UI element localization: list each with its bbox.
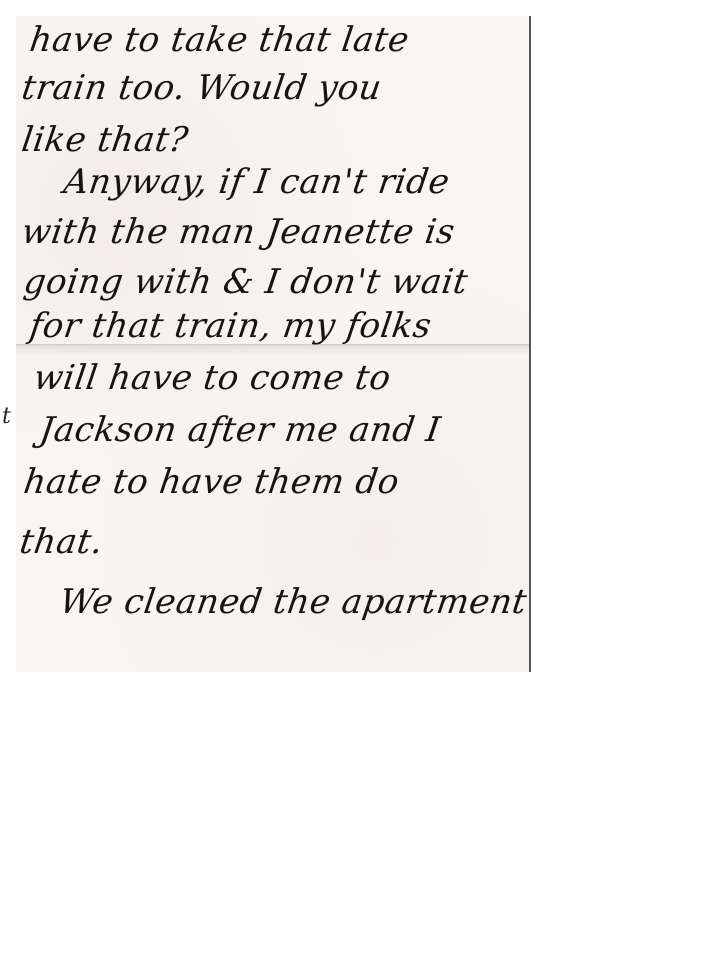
handwritten-line: Jackson after me and I — [37, 410, 443, 450]
handwritten-line: going with & I don't wait — [21, 262, 470, 302]
handwritten-line: train too. Would you — [19, 68, 384, 108]
letter-page: have to take that late train too. Would … — [16, 16, 531, 672]
handwritten-line: hate to have them do — [21, 462, 402, 502]
handwritten-line: like that? — [19, 120, 191, 160]
handwritten-line: We cleaned the apartment — [57, 582, 529, 622]
handwritten-line: that. — [17, 522, 105, 562]
handwritten-line: have to take that late — [27, 20, 412, 60]
fold-shadow — [16, 346, 529, 356]
handwritten-line: for that train, my folks — [27, 306, 434, 346]
handwritten-line: with the man Jeanette is — [19, 212, 457, 252]
handwritten-line: will have to come to — [31, 358, 393, 398]
margin-mark: t — [2, 404, 11, 429]
handwritten-line: Anyway, if I can't ride — [61, 162, 452, 202]
